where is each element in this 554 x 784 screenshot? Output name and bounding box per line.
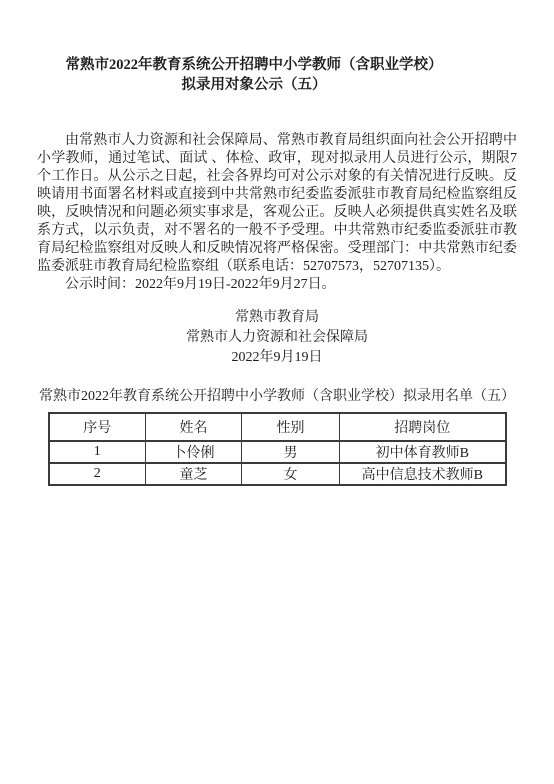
header-cell-name: 姓名 [146,413,242,441]
roster-header-row: 序号 姓名 性别 招聘岗位 [49,413,506,441]
table-row: 2 童芝 女 高中信息技术教师B [49,463,506,485]
cell-position: 初中体育教师B [340,441,506,463]
signature-block: 常熟市教育局 常熟市人力资源和社会保障局 2022年9月19日 [37,308,517,368]
roster-table: 序号 姓名 性别 招聘岗位 1 卜伶俐 男 初中体育教师B 2 童芝 女 高中信… [48,412,507,486]
cell-gender: 女 [242,463,340,485]
roster-caption: 常熟市2022年教育系统公开招聘中小学教师（含职业学校）拟录用名单（五） [37,388,517,406]
document-page: 常熟市2022年教育系统公开招聘中小学教师（含职业学校） 拟录用对象公示（五） … [0,0,554,784]
signature-org-education: 常熟市教育局 [37,308,517,328]
header-cell-index: 序号 [49,413,146,441]
announcement-paragraph: 由常熟市人力资源和社会保障局、常熟市教育局组织面向社会公开招聘中小学教师，通过笔… [37,132,517,276]
title-line-1: 常熟市2022年教育系统公开招聘中小学教师（含职业学校） [37,55,471,75]
cell-gender: 男 [242,441,340,463]
cell-name: 卜伶俐 [146,441,242,463]
table-row: 1 卜伶俐 男 初中体育教师B [49,441,506,463]
signature-org-hr: 常熟市人力资源和社会保障局 [37,328,517,348]
cell-position: 高中信息技术教师B [340,463,506,485]
cell-name: 童芝 [146,463,242,485]
cell-index: 2 [49,463,146,485]
header-cell-gender: 性别 [242,413,340,441]
header-cell-position: 招聘岗位 [340,413,506,441]
title-line-2: 拟录用对象公示（五） [37,75,471,95]
publicity-period: 公示时间：2022年9月19日-2022年9月27日。 [37,276,517,294]
signature-date: 2022年9月19日 [37,348,517,368]
cell-index: 1 [49,441,146,463]
document-title: 常熟市2022年教育系统公开招聘中小学教师（含职业学校） 拟录用对象公示（五） [37,55,471,95]
